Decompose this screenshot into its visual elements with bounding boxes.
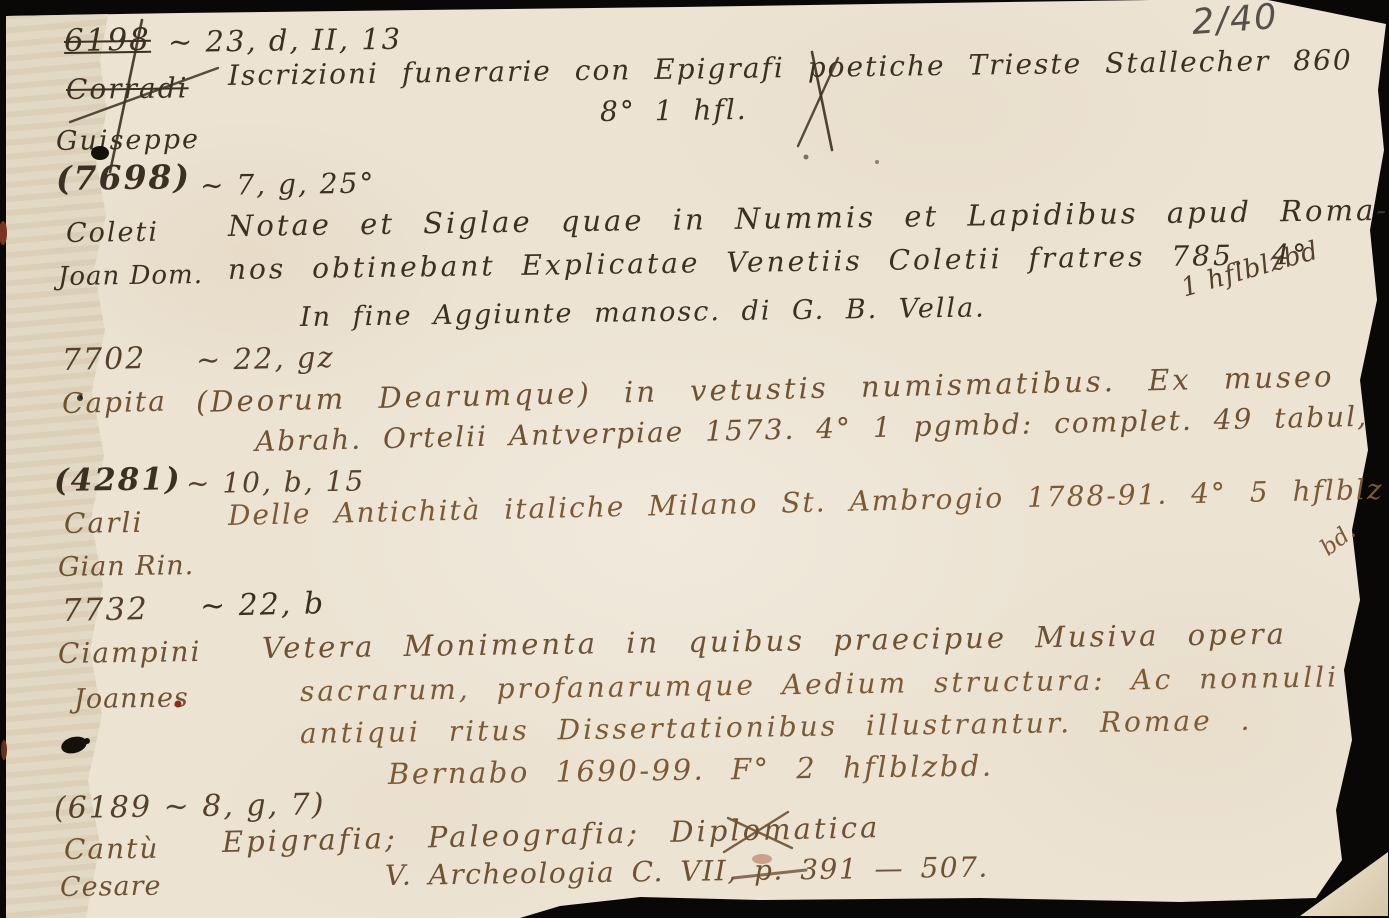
entry-number: 7702 [62, 344, 147, 376]
entry-number-note: ~ 10, b, 15 [186, 467, 366, 497]
entry-author: Carli [64, 509, 144, 538]
entry-title-line-4: Bernabo 1690-99. F° 2 hflblzbd. [388, 752, 994, 789]
entry-number: 7732 [62, 594, 150, 627]
entry-number: (7698) [56, 160, 192, 195]
entry-author-secondary: Gian Rin. [58, 552, 195, 581]
entry-author-secondary: Joan Dom. [58, 262, 203, 290]
entry-author-secondary: Joannes [74, 684, 189, 713]
entry-title-line-2: V. Archeologia C. VII, p. 391 — 507. [385, 854, 989, 890]
entry-number: (4281) [54, 464, 182, 497]
entry-number-note: ~ 23, d, II, 13 [168, 25, 402, 57]
entry-author: Corradi [66, 74, 189, 104]
entry-author: Cantù [64, 835, 160, 864]
entry-number-note: ~ 7, g, 25° [200, 170, 376, 200]
entry-number-note: ~ 22, b [200, 589, 326, 622]
entry-author-secondary: Cesare [60, 873, 162, 901]
edge-fragment [0, 221, 7, 245]
entry-author: Ciampini [58, 638, 202, 668]
scanned-catalog-card: 2/40 6198 ~ 23, d, II, 13 Corradi Guisep… [0, 0, 1389, 918]
entry-number: (6189 ~ 8, g, 7) [54, 790, 326, 824]
page-corner-label: 2/40 [1191, 0, 1280, 41]
entry-number: 6198 [64, 22, 151, 59]
entry-author: Coleti [66, 219, 159, 247]
entry-format-line: 8° 1 hfl. [600, 96, 748, 126]
entry-author: Capita [62, 388, 168, 418]
entry-number-note: ~ 22, gz [196, 343, 335, 375]
entry-author-secondary: Guiseppe [56, 126, 200, 155]
